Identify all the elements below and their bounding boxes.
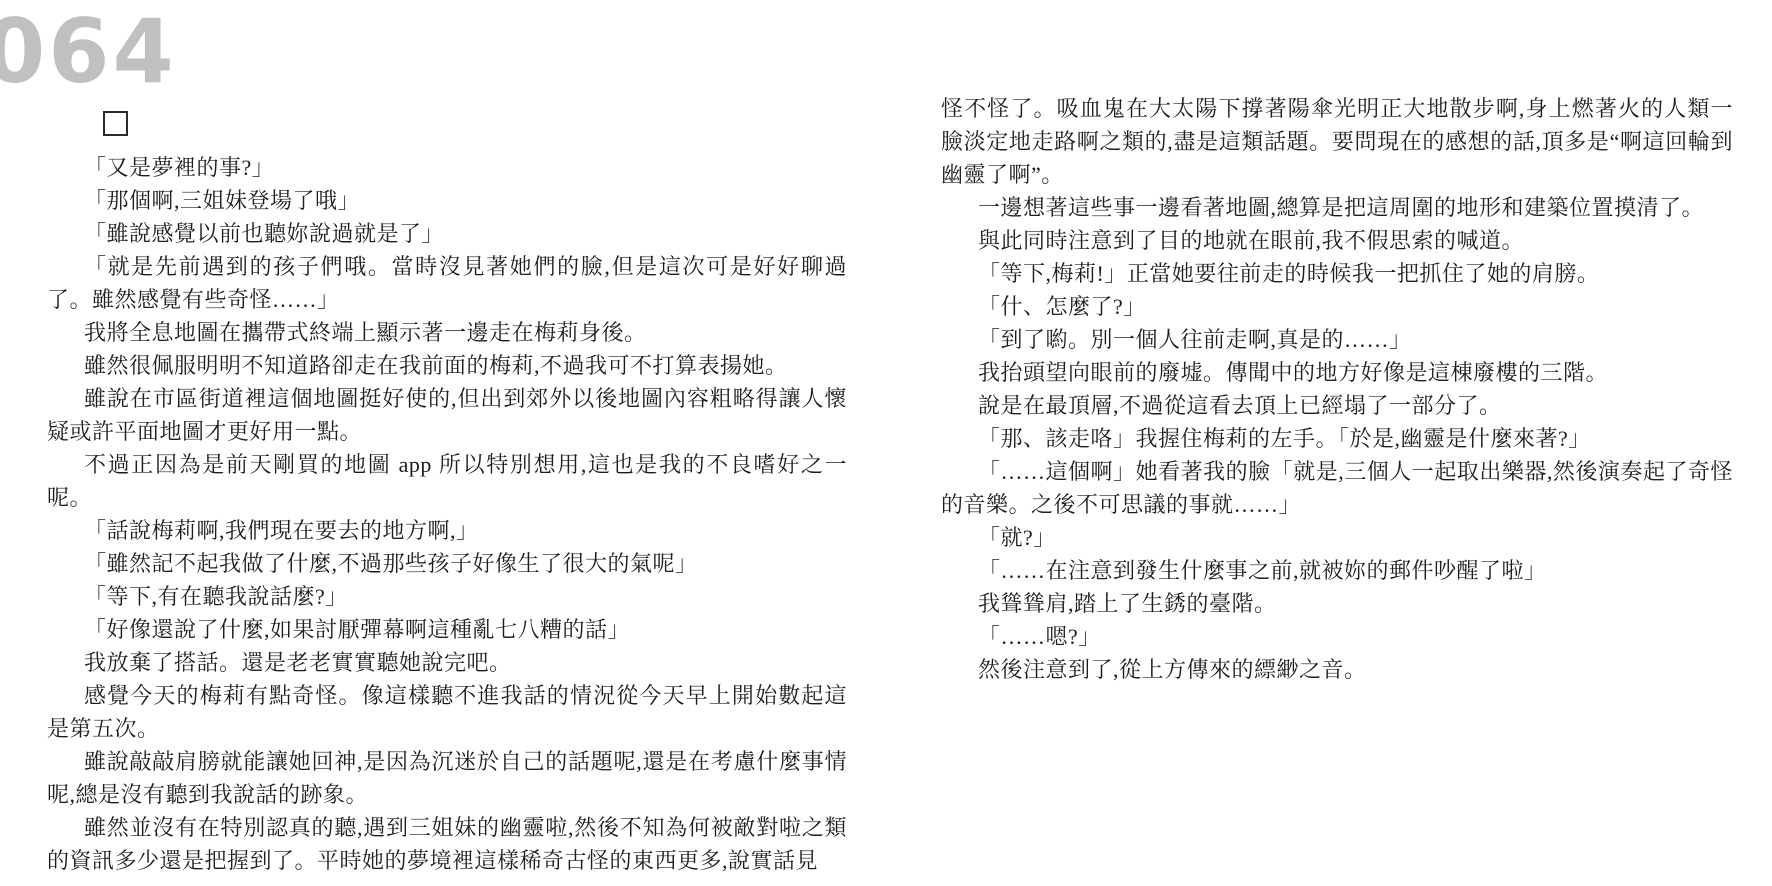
paragraph: 「等下,梅莉!」正當她要往前走的時候我一把抓住了她的肩膀。 [941, 257, 1733, 290]
paragraph: 「什、怎麼了?」 [941, 290, 1733, 323]
paragraph: 雖說在市區街道裡這個地圖挺好使的,但出到郊外以後地圖內容粗略得讓人懷疑或許平面地… [47, 382, 847, 448]
section-break-icon [103, 111, 128, 136]
paragraph: 「等下,有在聽我說話麼?」 [47, 580, 847, 613]
paragraph: 「話說梅莉啊,我們現在要去的地方啊,」 [47, 514, 847, 547]
paragraph: 「那個啊,三姐妹登場了哦」 [47, 184, 847, 217]
paragraph: 一邊想著這些事一邊看著地圖,總算是把這周圍的地形和建築位置摸清了。 [941, 191, 1733, 224]
left-page: 「又是夢裡的事?」 「那個啊,三姐妹登場了哦」 「雖說感覺以前也聽妳說過就是了」… [47, 111, 847, 877]
paragraph: 說是在最頂層,不過從這看去頂上已經塌了一部分了。 [941, 389, 1733, 422]
page-number: 064 [0, 8, 177, 96]
paragraph: 「就是先前遇到的孩子們哦。當時沒見著她們的臉,但是這次可是好好聊過了。雖然感覺有… [47, 250, 847, 316]
paragraph: 我將全息地圖在攜帶式終端上顯示著一邊走在梅莉身後。 [47, 316, 847, 349]
paragraph: 我聳聳肩,踏上了生銹的臺階。 [941, 587, 1733, 620]
paragraph: 雖然很佩服明明不知道路卻走在我前面的梅莉,不過我可不打算表揚她。 [47, 349, 847, 382]
paragraph: 「好像還說了什麼,如果討厭彈幕啊這種亂七八糟的話」 [47, 613, 847, 646]
paragraph: 怪不怪了。吸血鬼在大太陽下撐著陽傘光明正大地散步啊,身上燃著火的人類一臉淡定地走… [941, 92, 1733, 191]
paragraph: 「就?」 [941, 521, 1733, 554]
paragraph: 「……嗯?」 [941, 620, 1733, 653]
paragraph: 我放棄了搭話。還是老老實實聽她說完吧。 [47, 646, 847, 679]
paragraph: 「雖說感覺以前也聽妳說過就是了」 [47, 217, 847, 250]
paragraph: 「雖然記不起我做了什麼,不過那些孩子好像生了很大的氣呢」 [47, 547, 847, 580]
paragraph: 感覺今天的梅莉有點奇怪。像這樣聽不進我話的情況從今天早上開始數起這是第五次。 [47, 679, 847, 745]
paragraph: 「那、該走咯」我握住梅莉的左手。「於是,幽靈是什麼來著?」 [941, 422, 1733, 455]
paragraph: 「……這個啊」她看著我的臉「就是,三個人一起取出樂器,然後演奏起了奇怪的音樂。之… [941, 455, 1733, 521]
paragraph: 雖說敲敲肩膀就能讓她回神,是因為沉迷於自己的話題呢,還是在考慮什麼事情呢,總是沒… [47, 745, 847, 811]
right-page: 怪不怪了。吸血鬼在大太陽下撐著陽傘光明正大地散步啊,身上燃著火的人類一臉淡定地走… [941, 92, 1733, 686]
paragraph: 我抬頭望向眼前的廢墟。傳聞中的地方好像是這棟廢樓的三階。 [941, 356, 1733, 389]
paragraph: 與此同時注意到了目的地就在眼前,我不假思索的喊道。 [941, 224, 1733, 257]
paragraph: 然後注意到了,從上方傳來的縹緲之音。 [941, 653, 1733, 686]
paragraph: 「……在注意到發生什麼事之前,就被妳的郵件吵醒了啦」 [941, 554, 1733, 587]
paragraph: 「又是夢裡的事?」 [47, 151, 847, 184]
paragraph: 「到了喲。別一個人往前走啊,真是的……」 [941, 323, 1733, 356]
paragraph: 不過正因為是前天剛買的地圖 app 所以特別想用,這也是我的不良嗜好之一呢。 [47, 448, 847, 514]
paragraph: 雖然並沒有在特別認真的聽,遇到三姐妹的幽靈啦,然後不知為何被敵對啦之類的資訊多少… [47, 811, 847, 877]
